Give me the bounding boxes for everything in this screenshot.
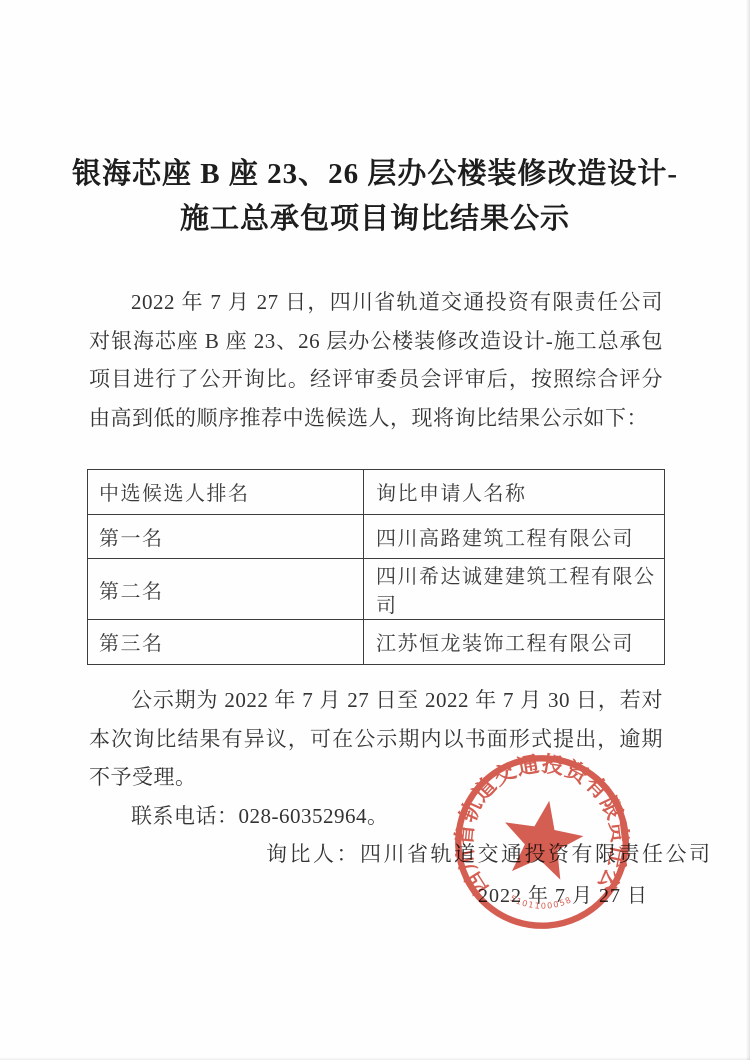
rank-cell: 第一名 [88,514,364,559]
document-title: 银海芯座 B 座 23、26 层办公楼装修改造设计- 施工总承包项目询比结果公示 [55,152,695,242]
result-table: 中选候选人排名 询比申请人名称 第一名 四川高路建筑工程有限公司 第二名 四川希… [87,469,665,665]
table-header-applicant: 询比申请人名称 [364,470,665,515]
contact-phone-line: 联系电话：028-60352964。 [89,797,663,836]
publicity-period-notice: 公示期为 2022 年 7 月 27 日至 2022 年 7 月 30 日，若对… [89,681,663,797]
table-header-rank: 中选候选人排名 [88,470,364,515]
company-cell: 四川高路建筑工程有限公司 [364,514,665,559]
intro-paragraph: 2022 年 7 月 27 日，四川省轨道交通投资有限责任公司对银海芯座 B 座… [89,283,663,437]
table-row: 第二名 四川希达诚建建筑工程有限公司 [88,559,665,620]
table-header-row: 中选候选人排名 询比申请人名称 [88,470,665,515]
rank-cell: 第三名 [88,620,364,665]
signature-date: 2022 年 7 月 27 日 [350,879,648,908]
rank-cell: 第二名 [88,559,364,620]
table-row: 第一名 四川高路建筑工程有限公司 [88,514,665,559]
inquirer-signature: 询比人：四川省轨道交通投资有限责任公司 [266,838,713,868]
company-cell: 四川希达诚建建筑工程有限公司 [364,559,665,620]
document-title-line1: 银海芯座 B 座 23、26 层办公楼装修改造设计- [55,152,695,197]
table-row: 第三名 江苏恒龙装饰工程有限公司 [88,620,665,665]
document-title-line2: 施工总承包项目询比结果公示 [55,197,695,242]
company-cell: 江苏恒龙装饰工程有限公司 [364,620,665,665]
closing-section: 公示期为 2022 年 7 月 27 日至 2022 年 7 月 30 日，若对… [89,681,663,835]
scan-edge-right [746,0,750,1060]
scanned-announcement-page: 银海芯座 B 座 23、26 层办公楼装修改造设计- 施工总承包项目询比结果公示… [0,0,750,1060]
